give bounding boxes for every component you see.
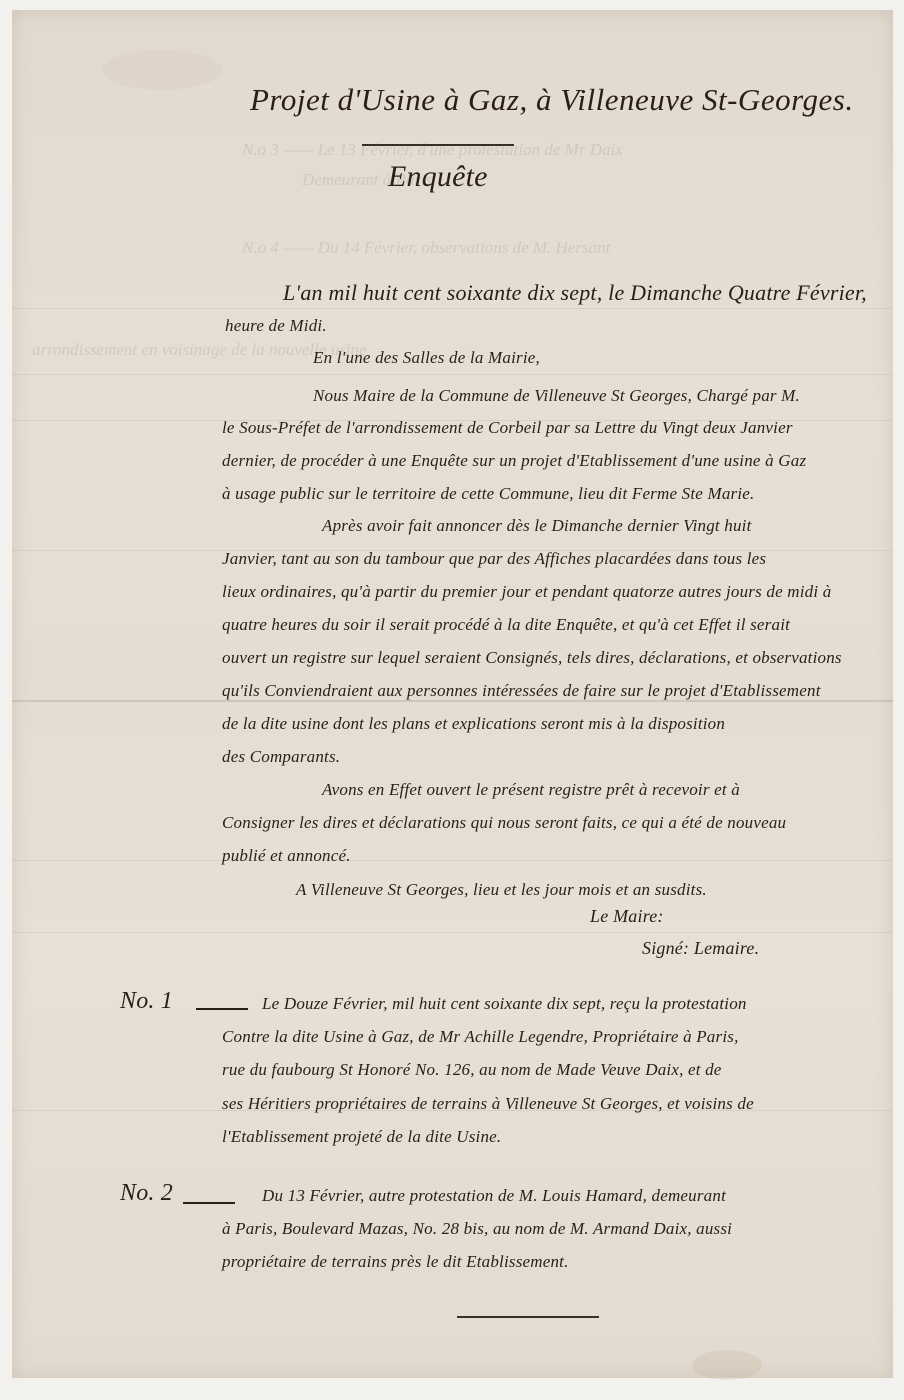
entry-line: Contre la dite Usine à Gaz, de Mr Achill… (222, 1027, 739, 1047)
preamble-line: dernier, de procéder à une Enquête sur u… (222, 451, 806, 471)
entry-number: No. 2 (120, 1180, 173, 1207)
preamble-line: Avons en Effet ouvert le présent registr… (322, 780, 740, 800)
document-subtitle: Enquête (388, 160, 488, 194)
preamble-line: ouvert un registre sur lequel seraient C… (222, 648, 842, 668)
entry-line: Le Douze Février, mil huit cent soixante… (262, 994, 747, 1014)
signature-name: Signé: Lemaire. (642, 938, 759, 959)
ruled-line (12, 860, 893, 861)
entry-number: No. 1 (120, 988, 173, 1015)
entry-line: à Paris, Boulevard Mazas, No. 28 bis, au… (222, 1219, 732, 1239)
paper-stain (102, 50, 222, 90)
entry-line: ses Héritiers propriétaires de terrains … (222, 1094, 754, 1114)
preamble-line: le Sous-Préfet de l'arrondissement de Co… (222, 418, 793, 438)
ruled-line (12, 308, 893, 309)
preamble-line: quatre heures du soir il serait procédé … (222, 615, 790, 635)
preamble-line: Nous Maire de la Commune de Villeneuve S… (313, 386, 800, 406)
document-title: Projet d'Usine à Gaz, à Villeneuve St-Ge… (250, 82, 854, 118)
preamble-line: des Comparants. (222, 747, 340, 767)
closing-rule (457, 1316, 599, 1318)
ruled-line (12, 932, 893, 933)
entry-dash (196, 1008, 248, 1010)
entry-line: rue du faubourg St Honoré No. 126, au no… (222, 1060, 722, 1080)
preamble-line: lieux ordinaires, qu'à partir du premier… (222, 582, 831, 602)
ruled-line (12, 374, 893, 375)
preamble-line: qu'ils Conviendraient aux personnes inté… (222, 681, 821, 701)
entry-line: l'Etablissement projeté de la dite Usine… (222, 1127, 501, 1147)
preamble-line: L'an mil huit cent soixante dix sept, le… (283, 280, 867, 306)
preamble-line: Consigner les dires et déclarations qui … (222, 813, 786, 833)
preamble-line: à usage public sur le territoire de cett… (222, 484, 755, 504)
preamble-line: Janvier, tant au son du tambour que par … (222, 549, 766, 569)
preamble-line: publié et annoncé. (222, 846, 351, 866)
preamble-line: En l'une des Salles de la Mairie, (313, 348, 540, 368)
paper-stain (692, 1350, 762, 1380)
preamble-line: de la dite usine dont les plans et expli… (222, 714, 725, 734)
preamble-line: heure de Midi. (225, 316, 327, 336)
preamble-line: Après avoir fait annoncer dès le Dimanch… (322, 516, 752, 536)
entry-dash (183, 1202, 235, 1204)
entry-line: propriétaire de terrains près le dit Eta… (222, 1252, 569, 1272)
preamble-line: A Villeneuve St Georges, lieu et les jou… (296, 880, 707, 900)
entry-line: Du 13 Février, autre protestation de M. … (262, 1186, 726, 1206)
signature-role: Le Maire: (590, 906, 664, 927)
title-underline (362, 144, 514, 146)
